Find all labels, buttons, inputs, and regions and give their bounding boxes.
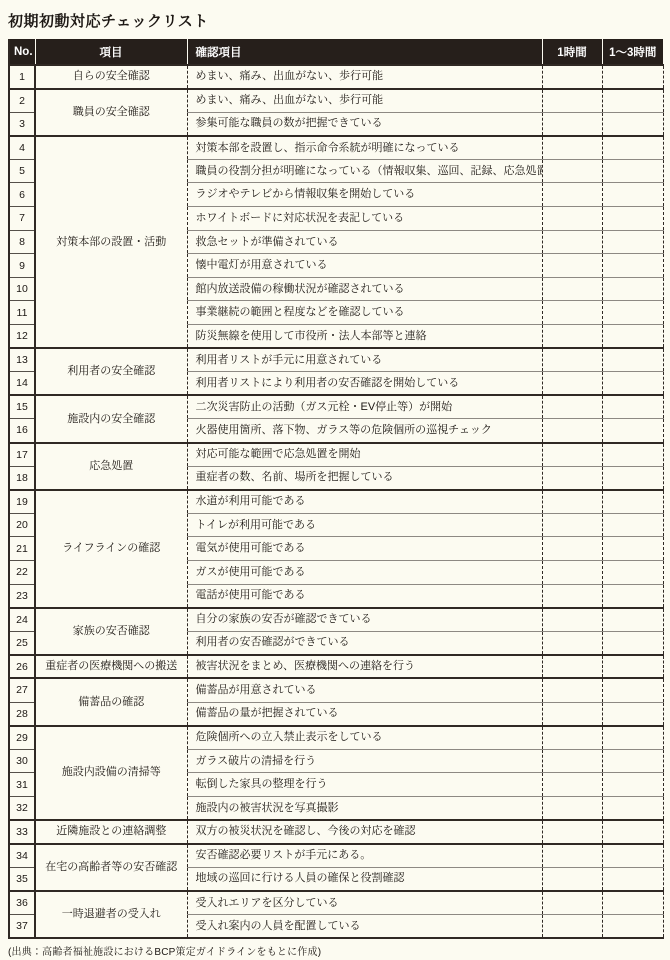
category-cell: 施設内の安全確認 (35, 395, 187, 442)
check-cell-1hour (542, 419, 602, 443)
check-cell-1hour (542, 466, 602, 490)
check-item-cell: 危険個所への立入禁止表示をしている (187, 726, 542, 750)
check-item-cell: 双方の被災状況を確認し、今後の対応を確認 (187, 820, 542, 844)
check-item-cell: 館内放送設備の稼働状況が確認されている (187, 277, 542, 301)
category-cell: ライフラインの確認 (35, 490, 187, 608)
row-number-cell: 12 (9, 325, 35, 349)
check-cell-1hour (542, 560, 602, 584)
check-cell-1hour (542, 348, 602, 372)
row-number-cell: 6 (9, 183, 35, 207)
check-cell-1to3hours (602, 348, 663, 372)
row-number-cell: 21 (9, 537, 35, 561)
check-item-cell: 施設内の被害状況を写真撮影 (187, 796, 542, 820)
row-number-cell: 33 (9, 820, 35, 844)
page: { "page": { "title": "初期初動対応チェックリスト", "s… (0, 0, 670, 960)
check-item-cell: ホワイトボードに対応状況を表記している (187, 207, 542, 231)
check-item-cell: 懐中電灯が用意されている (187, 254, 542, 278)
row-number-cell: 31 (9, 773, 35, 797)
row-number-cell: 4 (9, 136, 35, 160)
check-cell-1hour (542, 796, 602, 820)
category-cell: 応急処置 (35, 443, 187, 490)
check-item-cell: 対策本部を設置し、指示命令系統が明確になっている (187, 136, 542, 160)
col-header-1to3hours: 1～3時間 (602, 39, 663, 65)
table-row: 27備蓄品の確認備蓄品が用意されている (9, 678, 663, 702)
check-cell-1to3hours (602, 89, 663, 113)
row-number-cell: 26 (9, 655, 35, 679)
check-cell-1to3hours (602, 560, 663, 584)
check-item-cell: ラジオやテレビから情報収集を開始している (187, 183, 542, 207)
check-item-cell: 参集可能な職員の数が把握できている (187, 112, 542, 136)
checklist-table: No. 項目 確認項目 1時間 1～3時間 1自らの安全確認めまい、痛み、出血が… (8, 39, 664, 939)
check-cell-1hour (542, 513, 602, 537)
check-cell-1hour (542, 395, 602, 419)
check-cell-1to3hours (602, 702, 663, 726)
check-cell-1hour (542, 726, 602, 750)
table-row: 13利用者の安全確認利用者リストが手元に用意されている (9, 348, 663, 372)
check-cell-1to3hours (602, 796, 663, 820)
check-cell-1hour (542, 183, 602, 207)
check-cell-1hour (542, 372, 602, 396)
check-cell-1to3hours (602, 678, 663, 702)
check-cell-1hour (542, 490, 602, 514)
check-item-cell: 備蓄品の量が把握されている (187, 702, 542, 726)
row-number-cell: 17 (9, 443, 35, 467)
check-cell-1to3hours (602, 490, 663, 514)
row-number-cell: 8 (9, 230, 35, 254)
category-cell: 在宅の高齢者等の安否確認 (35, 844, 187, 891)
check-cell-1to3hours (602, 159, 663, 183)
check-item-cell: 被害状況をまとめ、医療機関への連絡を行う (187, 655, 542, 679)
table-row: 33近隣施設との連絡調整双方の被災状況を確認し、今後の対応を確認 (9, 820, 663, 844)
check-item-cell: 重症者の数、名前、場所を把握している (187, 466, 542, 490)
check-cell-1hour (542, 584, 602, 608)
row-number-cell: 10 (9, 277, 35, 301)
check-cell-1to3hours (602, 65, 663, 89)
header-row: No. 項目 確認項目 1時間 1～3時間 (9, 39, 663, 65)
col-header-no: No. (9, 39, 35, 65)
check-item-cell: 受入れ案内の人員を配置している (187, 914, 542, 938)
check-cell-1to3hours (602, 867, 663, 891)
row-number-cell: 16 (9, 419, 35, 443)
row-number-cell: 15 (9, 395, 35, 419)
row-number-cell: 9 (9, 254, 35, 278)
check-item-cell: 電気が使用可能である (187, 537, 542, 561)
row-number-cell: 11 (9, 301, 35, 325)
check-cell-1to3hours (602, 655, 663, 679)
check-cell-1hour (542, 655, 602, 679)
row-number-cell: 14 (9, 372, 35, 396)
table-row: 17応急処置対応可能な範囲で応急処置を開始 (9, 443, 663, 467)
checklist-table-body: 1自らの安全確認めまい、痛み、出血がない、歩行可能2職員の安全確認めまい、痛み、… (9, 65, 663, 938)
check-cell-1hour (542, 159, 602, 183)
check-cell-1to3hours (602, 207, 663, 231)
table-row: 36一時退避者の受入れ受入れエリアを区分している (9, 891, 663, 915)
check-cell-1to3hours (602, 584, 663, 608)
check-cell-1to3hours (602, 726, 663, 750)
check-item-cell: 水道が利用可能である (187, 490, 542, 514)
check-cell-1to3hours (602, 372, 663, 396)
table-row: 19ライフラインの確認水道が利用可能である (9, 490, 663, 514)
check-item-cell: 二次災害防止の活動（ガス元栓・EV停止等）が開始 (187, 395, 542, 419)
row-number-cell: 34 (9, 844, 35, 868)
row-number-cell: 22 (9, 560, 35, 584)
row-number-cell: 35 (9, 867, 35, 891)
check-item-cell: 救急セットが準備されている (187, 230, 542, 254)
row-number-cell: 5 (9, 159, 35, 183)
check-cell-1hour (542, 702, 602, 726)
table-row: 1自らの安全確認めまい、痛み、出血がない、歩行可能 (9, 65, 663, 89)
row-number-cell: 32 (9, 796, 35, 820)
check-item-cell: 利用者リストが手元に用意されている (187, 348, 542, 372)
check-cell-1hour (542, 325, 602, 349)
row-number-cell: 30 (9, 749, 35, 773)
check-item-cell: 転倒した家具の整理を行う (187, 773, 542, 797)
row-number-cell: 7 (9, 207, 35, 231)
table-row: 4対策本部の設置・活動対策本部を設置し、指示命令系統が明確になっている (9, 136, 663, 160)
check-cell-1hour (542, 207, 602, 231)
source-note: (出典：高齢者福祉施設におけるBCP策定ガイドラインをもとに作成) (8, 943, 662, 958)
category-cell: 近隣施設との連絡調整 (35, 820, 187, 844)
category-cell: 対策本部の設置・活動 (35, 136, 187, 348)
check-item-cell: 自分の家族の安否が確認できている (187, 608, 542, 632)
check-item-cell: 火器使用箇所、落下物、ガラス等の危険個所の巡視チェック (187, 419, 542, 443)
category-cell: 備蓄品の確認 (35, 678, 187, 725)
check-cell-1to3hours (602, 277, 663, 301)
check-cell-1to3hours (602, 230, 663, 254)
check-cell-1hour (542, 254, 602, 278)
check-cell-1hour (542, 230, 602, 254)
check-item-cell: 備蓄品が用意されている (187, 678, 542, 702)
table-row: 24家族の安否確認自分の家族の安否が確認できている (9, 608, 663, 632)
check-cell-1to3hours (602, 891, 663, 915)
row-number-cell: 19 (9, 490, 35, 514)
check-cell-1hour (542, 608, 602, 632)
check-cell-1hour (542, 914, 602, 938)
row-number-cell: 28 (9, 702, 35, 726)
col-header-1hour: 1時間 (542, 39, 602, 65)
table-header: No. 項目 確認項目 1時間 1～3時間 (9, 39, 663, 65)
category-cell: 利用者の安全確認 (35, 348, 187, 395)
check-cell-1to3hours (602, 136, 663, 160)
check-cell-1hour (542, 136, 602, 160)
check-cell-1to3hours (602, 537, 663, 561)
check-cell-1to3hours (602, 395, 663, 419)
table-row: 26重症者の医療機関への搬送被害状況をまとめ、医療機関への連絡を行う (9, 655, 663, 679)
category-cell: 一時退避者の受入れ (35, 891, 187, 938)
check-cell-1to3hours (602, 443, 663, 467)
row-number-cell: 36 (9, 891, 35, 915)
check-cell-1hour (542, 301, 602, 325)
check-cell-1hour (542, 867, 602, 891)
check-cell-1to3hours (602, 254, 663, 278)
check-cell-1hour (542, 773, 602, 797)
check-cell-1to3hours (602, 820, 663, 844)
check-cell-1to3hours (602, 183, 663, 207)
table-row: 15施設内の安全確認二次災害防止の活動（ガス元栓・EV停止等）が開始 (9, 395, 663, 419)
check-cell-1to3hours (602, 608, 663, 632)
check-cell-1hour (542, 891, 602, 915)
row-number-cell: 37 (9, 914, 35, 938)
col-header-check-item: 確認項目 (187, 39, 542, 65)
row-number-cell: 18 (9, 466, 35, 490)
check-cell-1to3hours (602, 631, 663, 655)
check-item-cell: 地域の巡回に行ける人員の確保と役割確認 (187, 867, 542, 891)
check-cell-1hour (542, 112, 602, 136)
category-cell: 自らの安全確認 (35, 65, 187, 89)
row-number-cell: 25 (9, 631, 35, 655)
check-cell-1to3hours (602, 301, 663, 325)
row-number-cell: 13 (9, 348, 35, 372)
row-number-cell: 23 (9, 584, 35, 608)
category-cell: 施設内設備の清掃等 (35, 726, 187, 820)
check-item-cell: ガスが使用可能である (187, 560, 542, 584)
category-cell: 職員の安全確認 (35, 89, 187, 136)
check-cell-1hour (542, 443, 602, 467)
check-cell-1to3hours (602, 419, 663, 443)
check-item-cell: ガラス破片の清掃を行う (187, 749, 542, 773)
check-cell-1to3hours (602, 914, 663, 938)
check-cell-1hour (542, 537, 602, 561)
check-cell-1to3hours (602, 325, 663, 349)
check-item-cell: 安否確認必要リストが手元にある。 (187, 844, 542, 868)
check-cell-1hour (542, 89, 602, 113)
check-cell-1hour (542, 844, 602, 868)
row-number-cell: 1 (9, 65, 35, 89)
check-item-cell: 事業継続の範囲と程度などを確認している (187, 301, 542, 325)
page-title: 初期初動対応チェックリスト (8, 10, 662, 31)
check-item-cell: めまい、痛み、出血がない、歩行可能 (187, 65, 542, 89)
col-header-item: 項目 (35, 39, 187, 65)
check-cell-1to3hours (602, 112, 663, 136)
check-item-cell: めまい、痛み、出血がない、歩行可能 (187, 89, 542, 113)
check-cell-1hour (542, 678, 602, 702)
table-row: 34在宅の高齢者等の安否確認安否確認必要リストが手元にある。 (9, 844, 663, 868)
check-cell-1hour (542, 277, 602, 301)
check-item-cell: 利用者の安否確認ができている (187, 631, 542, 655)
row-number-cell: 24 (9, 608, 35, 632)
row-number-cell: 20 (9, 513, 35, 537)
check-item-cell: 防災無線を使用して市役所・法人本部等と連絡 (187, 325, 542, 349)
check-cell-1to3hours (602, 773, 663, 797)
row-number-cell: 29 (9, 726, 35, 750)
check-item-cell: 職員の役割分担が明確になっている（情報収集、巡回、記録、応急処置他） (187, 159, 542, 183)
check-cell-1hour (542, 749, 602, 773)
row-number-cell: 3 (9, 112, 35, 136)
category-cell: 重症者の医療機関への搬送 (35, 655, 187, 679)
check-cell-1to3hours (602, 513, 663, 537)
check-cell-1hour (542, 820, 602, 844)
table-row: 29施設内設備の清掃等危険個所への立入禁止表示をしている (9, 726, 663, 750)
row-number-cell: 2 (9, 89, 35, 113)
check-cell-1hour (542, 65, 602, 89)
check-cell-1to3hours (602, 466, 663, 490)
check-item-cell: 電話が使用可能である (187, 584, 542, 608)
category-cell: 家族の安否確認 (35, 608, 187, 655)
check-item-cell: トイレが利用可能である (187, 513, 542, 537)
row-number-cell: 27 (9, 678, 35, 702)
check-cell-1to3hours (602, 749, 663, 773)
table-row: 2職員の安全確認めまい、痛み、出血がない、歩行可能 (9, 89, 663, 113)
check-item-cell: 対応可能な範囲で応急処置を開始 (187, 443, 542, 467)
check-cell-1to3hours (602, 844, 663, 868)
check-item-cell: 受入れエリアを区分している (187, 891, 542, 915)
check-item-cell: 利用者リストにより利用者の安否確認を開始している (187, 372, 542, 396)
check-cell-1hour (542, 631, 602, 655)
